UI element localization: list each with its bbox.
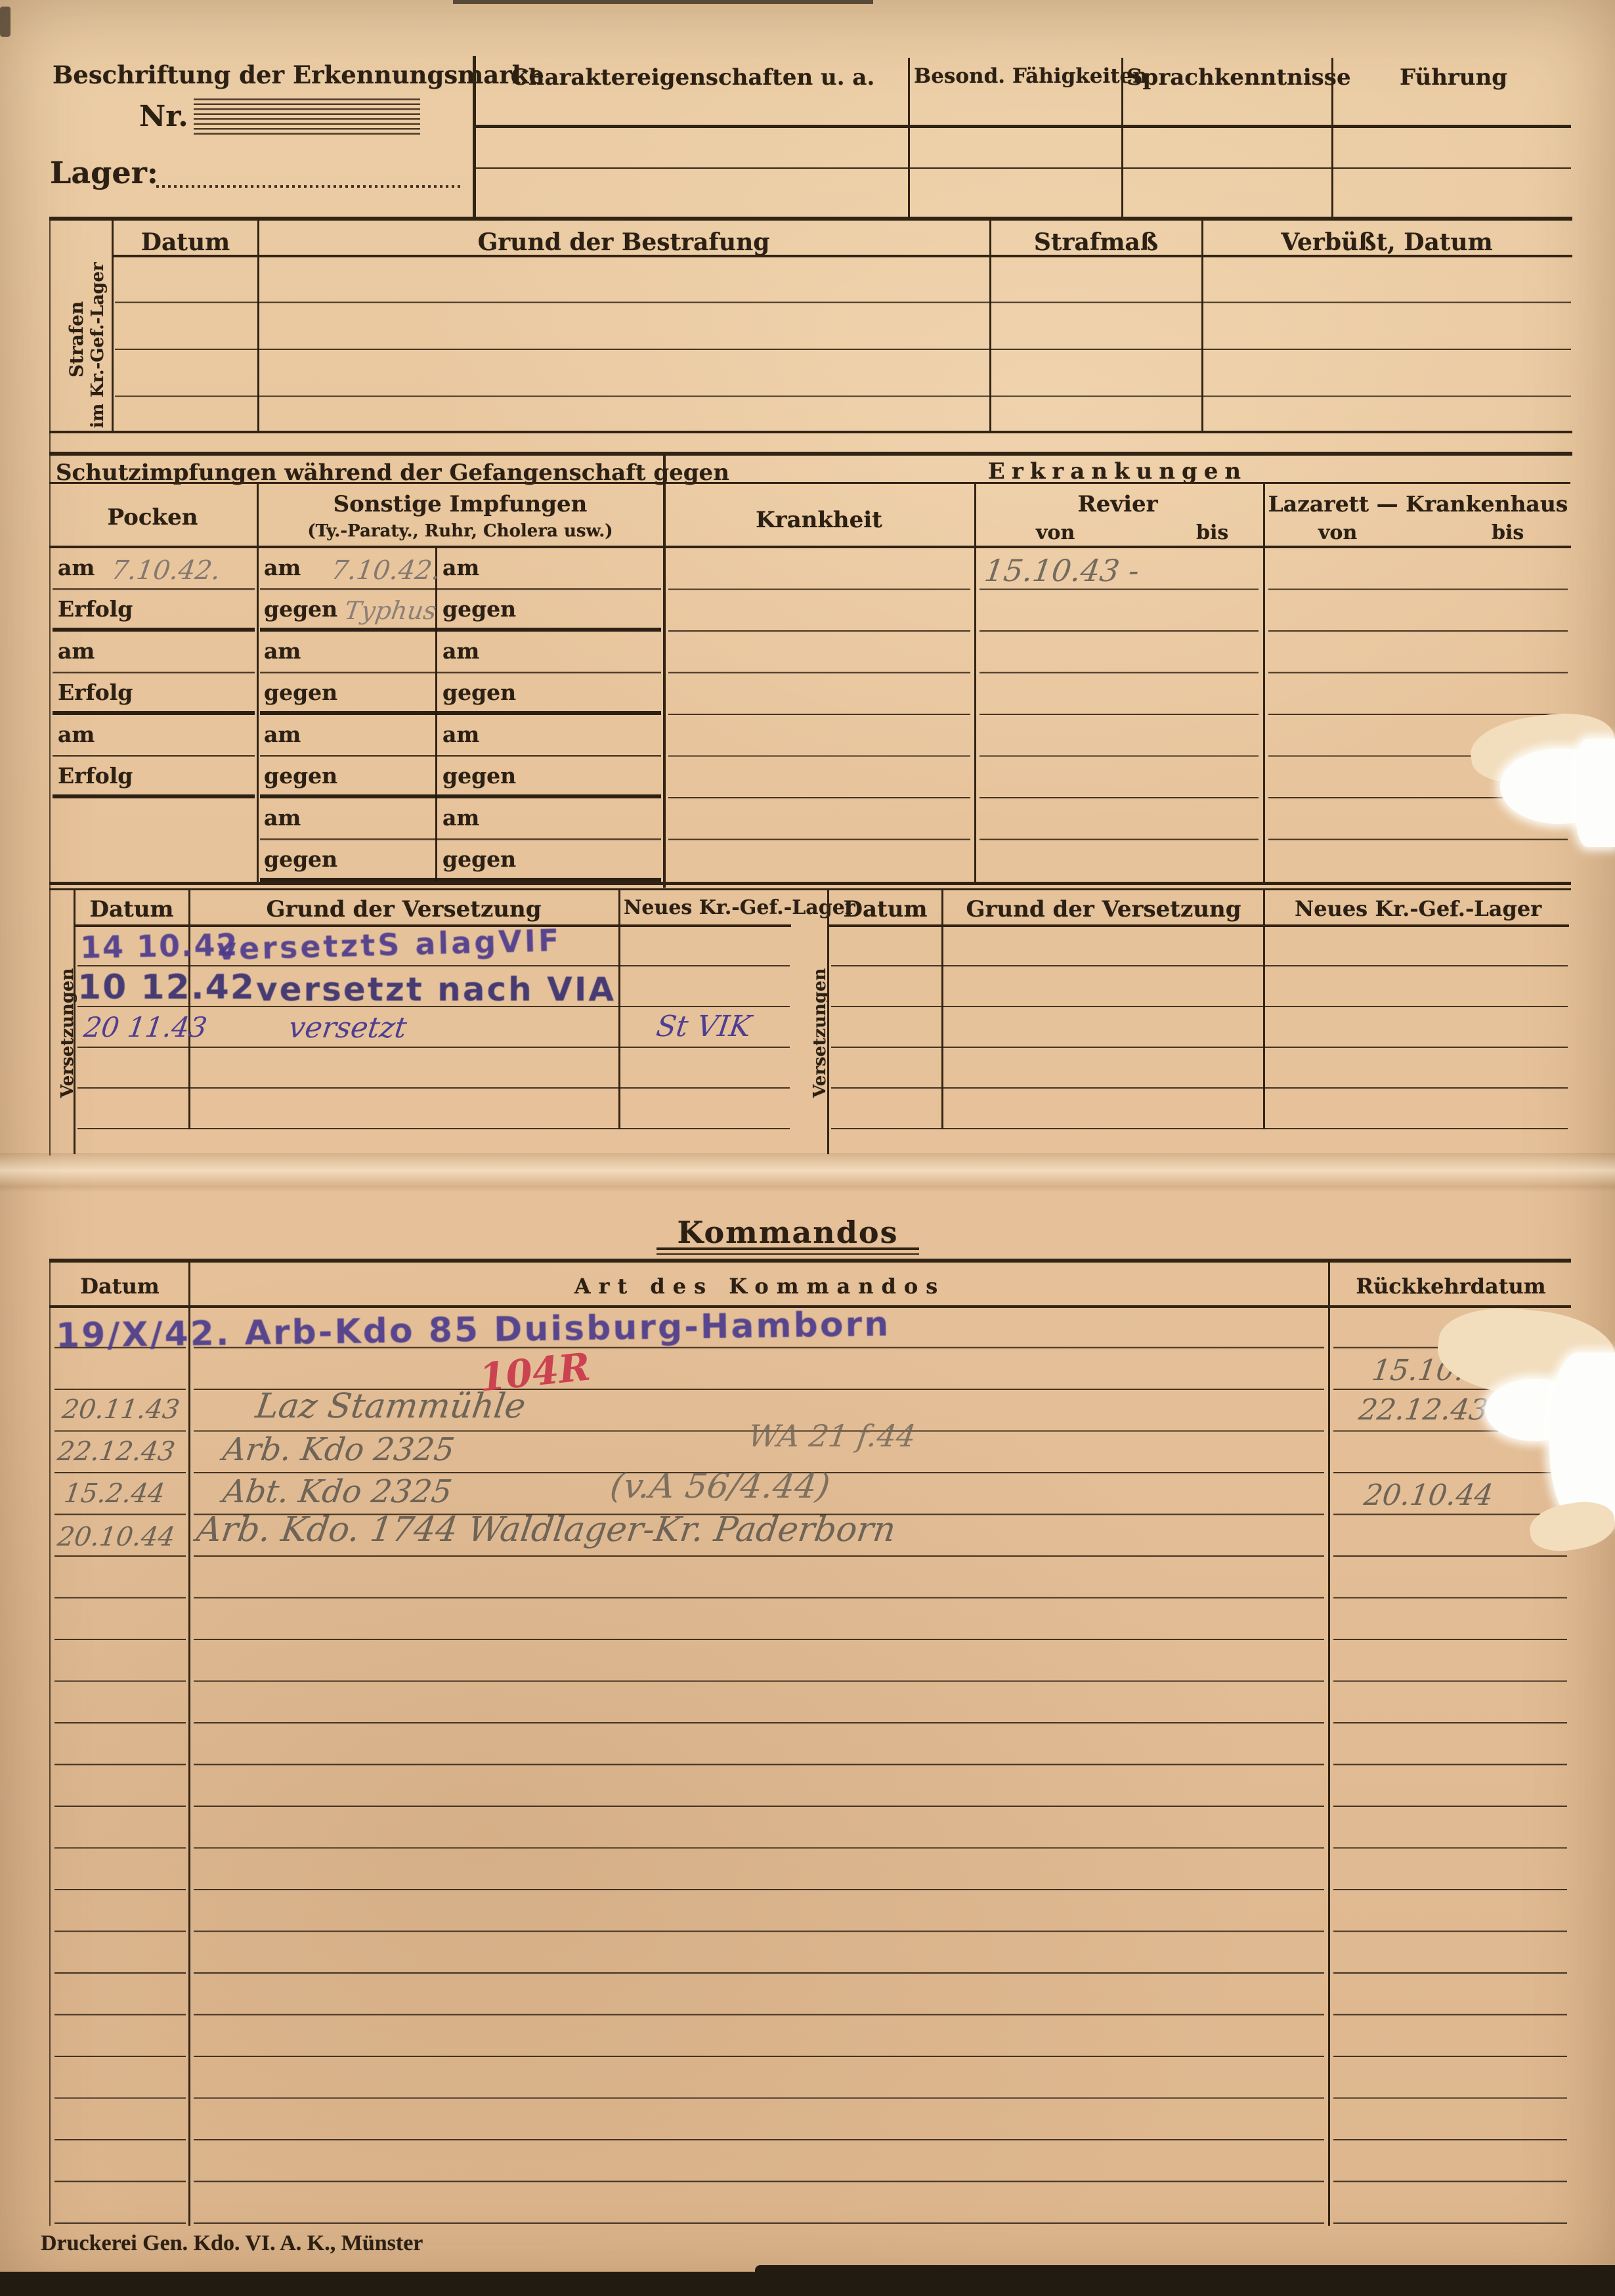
paper-crease [0,1153,1615,1192]
col-punish-date: Datum [115,228,256,256]
label-erfolg: Erfolg [58,763,133,789]
col-languages: Sprachkenntnisse [1127,64,1327,91]
label-am: am [442,722,479,747]
nr-label: Nr. [139,100,188,133]
col-pox: Pocken [53,504,253,531]
grid-line [112,221,114,432]
nr-hatch-field [194,98,420,138]
col-other-vacc-note: (Ty.-Paraty., Ruhr, Cholera usw.) [259,521,661,541]
col-character: Charaktereigenschaften u. a. [483,64,903,91]
kommando-type: Laz Stammühle [253,1387,528,1426]
col-transfer-camp: Neues Kr.-Gef.-Lager [1267,896,1569,921]
kommandos-title: Kommandos [650,1215,926,1250]
table-top-border [49,1259,1571,1263]
ruled-rows [831,926,1568,1132]
label-gegen: gegen [442,846,516,872]
col-punish-served: Verbüßt, Datum [1205,228,1569,256]
col-transfer-date: Datum [831,896,939,922]
col-abilities: Besond. Fähigkeiten [914,64,1117,88]
lager-label: Lager: [50,155,158,190]
col-transfer-camp: Neues Kr.-Gef.-Lager [624,896,791,919]
pow-record-card: Beschriftung der Erkennungsmarke Nr. Lag… [0,0,1615,2296]
label-gegen: gegen [264,596,337,622]
label-am: am [264,638,301,664]
transfer-entry-text: versetzt [286,1011,408,1045]
scan-bottom-strip [755,2265,1615,2296]
grid-line [49,482,663,484]
label-am: am [58,638,95,664]
kommando-type: Arb. Kdo. 1744 Waldlager-Kr. Paderborn [194,1510,898,1549]
col-lazarett: Lazarett — Krankenhaus [1267,491,1569,517]
col-transfer-reason: Grund der Versetzung [194,896,614,922]
grid-line [476,125,1571,128]
label-am: am [58,722,95,747]
col-kommando-date: Datum [53,1274,187,1299]
label-gegen: gegen [264,846,337,872]
pox-date-entry: 7.10.42. [110,555,223,586]
label-von: von [1318,521,1357,544]
transfer-stamp-text: versetzt nach VIA [256,970,616,1008]
printer-imprint: Druckerei Gen. Kdo. VI. A. K., Münster [41,2231,423,2256]
grid-line [974,484,976,882]
table-left-border [49,221,51,1156]
punishments-side-label: Strafen [66,301,87,378]
grid-line [1328,1259,1330,2226]
label-am: am [58,555,95,580]
col-punish-measure: Strafmaß [993,228,1199,256]
grid-line [1263,484,1265,882]
section-border [49,888,1571,890]
table-border [49,1259,51,2226]
label-bis: bis [1492,521,1524,544]
kommando-type: Arb. Kdo 2325 [221,1431,457,1468]
label-am: am [442,555,479,580]
table-border [827,890,829,1154]
grid-line [188,1259,190,2226]
section-border [49,217,1572,221]
kommando-return-date: 22.12.43 [1356,1393,1490,1427]
ruled-rows [980,548,1259,850]
label-gegen: gegen [264,763,337,789]
transfer-entry-camp: St VIK [654,1010,753,1043]
label-gegen: gegen [442,680,516,705]
label-am: am [264,722,301,747]
col-other-vacc: Sonstige Impfungen [259,491,661,517]
ruled-rows [53,548,255,798]
col-kommando-type: Art des Kommandos [197,1274,1323,1299]
section-border [49,882,1571,885]
label-von: von [1036,521,1075,544]
section-divider [663,453,666,888]
col-transfer-date: Datum [77,896,186,922]
illnesses-title: Erkrankungen [666,458,1569,485]
kommando-return-date: 20.10.44 [1362,1479,1495,1512]
kommando-date: 20.11.43 [60,1395,182,1425]
label-gegen: gegen [442,596,516,622]
transfer-entry-date: 20 11.43 [82,1011,209,1043]
paper-hole [1549,1353,1615,1523]
grid-line [476,167,1571,169]
label-am: am [264,805,301,831]
kommando-note: (v.A 56/4.44) [608,1467,832,1506]
ruled-rows [1333,1307,1567,2224]
kommando-date: 22.12.43 [56,1437,177,1467]
lager-dotted-line [156,185,462,188]
section-border [49,452,1572,456]
other-against-entry: Typhus [343,596,439,625]
label-gegen: gegen [264,680,337,705]
col-disease: Krankheit [670,507,968,533]
col-punish-reason: Grund der Bestrafung [263,228,985,256]
col-revier: Revier [978,491,1257,517]
label-am: am [442,805,479,831]
scan-edge-mark [453,0,873,4]
grid-line [49,431,1572,433]
title-underline [657,1247,919,1250]
grid-line [257,484,259,882]
punishments-side-label: im Kr.-Gef.-Lager [88,262,108,428]
paper-hole [1576,739,1615,847]
kommando-date: 15.2.44 [62,1479,167,1509]
transfer-stamp-date: 10 12.42 [77,968,255,1007]
kommando-date: 20.10.44 [56,1522,177,1552]
label-gegen: gegen [442,763,516,789]
label-bis: bis [1196,521,1228,544]
grid-line [908,58,910,219]
ruled-rows [115,256,1571,399]
scan-corner-mark [0,7,11,37]
label-erfolg: Erfolg [58,680,133,705]
label-erfolg: Erfolg [58,596,133,622]
col-conduct: Führung [1337,64,1570,91]
kommando-note: WA 21 f.44 [746,1418,918,1454]
ruled-rows [668,548,970,850]
label-am: am [442,638,479,664]
revier-entry: 15.10.43 - [982,553,1142,588]
col-transfer-reason: Grund der Versetzung [947,896,1260,922]
table-border [74,890,75,1154]
col-kommando-return: Rückkehrdatum [1333,1274,1569,1299]
grid-line [473,56,476,219]
transfer-stamp-date: 14 10.42 [80,927,239,965]
title-underline [657,1253,919,1255]
other-date-entry: 7.10.42. [330,555,442,586]
tag-label: Beschriftung der Erkennungsmarke [53,60,440,89]
label-am: am [264,555,301,580]
kommando-type: Abt. Kdo 2325 [221,1473,454,1510]
grid-line [666,482,1570,484]
